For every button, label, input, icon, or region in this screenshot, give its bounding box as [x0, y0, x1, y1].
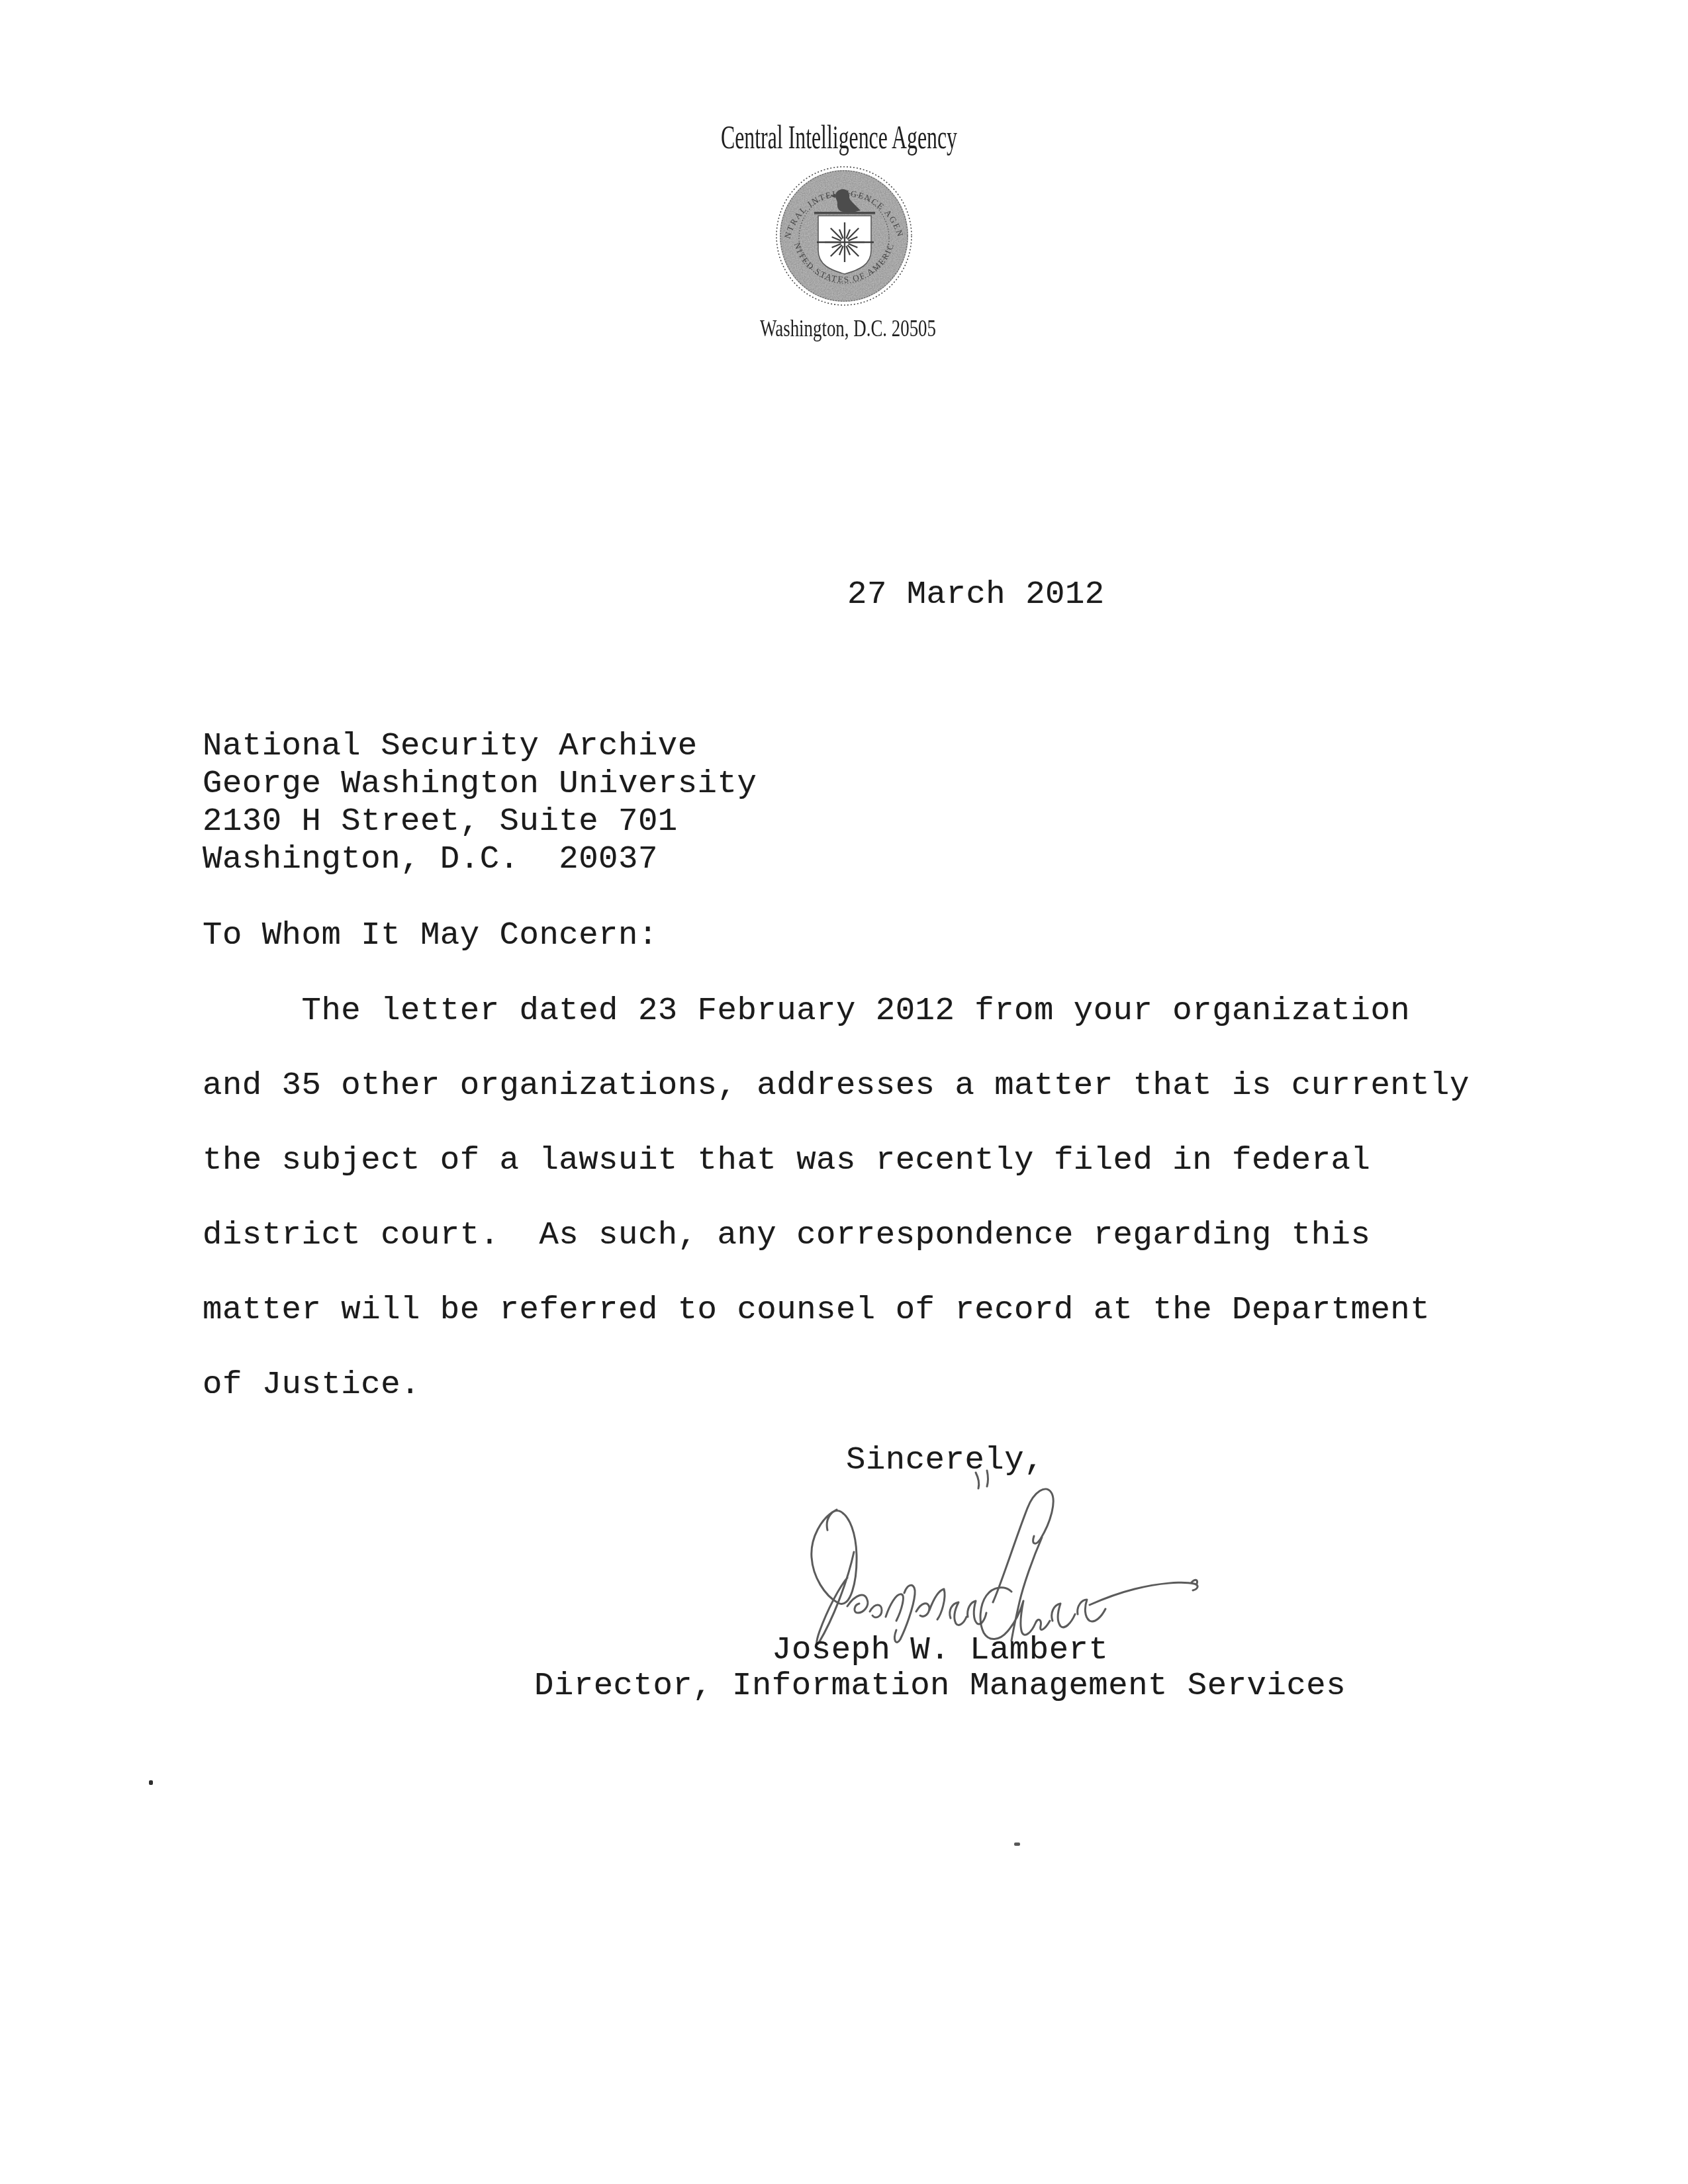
seal-scroll-bar	[814, 212, 875, 214]
letterhead-agency-name: Central Intelligence Agency	[718, 119, 960, 159]
body-line: matter will be referred to counsel of re…	[203, 1294, 1430, 1326]
signer-name-line: Joseph W. Lambert	[772, 1634, 1108, 1666]
recipient-line: 2130 H Street, Suite 701	[203, 805, 678, 838]
recipient-line: Washington, D.C. 20037	[203, 843, 658, 876]
letter-page: Central Intelligence Agency CENTRAL INTE…	[0, 0, 1688, 2184]
letterhead-location: Washington, D.C. 20505	[759, 312, 939, 343]
cia-seal-icon: CENTRAL INTELLIGENCE AGENCY UNITED STATE…	[774, 165, 914, 306]
recipient-line: George Washington University	[203, 768, 757, 800]
signature-autograph	[788, 1453, 1225, 1651]
body-line: of Justice.	[203, 1369, 420, 1401]
recipient-line: National Security Archive	[203, 730, 698, 762]
date-line: 27 March 2012	[847, 578, 1105, 611]
signer-title-line: Director, Information Management Service…	[534, 1670, 1346, 1702]
location-text: Washington, D.C. 20505	[760, 316, 936, 341]
body-line: and 35 other organizations, addresses a …	[203, 1069, 1470, 1102]
body-line: district court. As such, any corresponde…	[203, 1219, 1370, 1251]
scan-speck	[1014, 1843, 1020, 1846]
salutation-line: To Whom It May Concern:	[203, 919, 658, 952]
agency-name-text: Central Intelligence Agency	[721, 119, 957, 156]
body-line: The letter dated 23 February 2012 from y…	[203, 995, 1410, 1027]
body-line: the subject of a lawsuit that was recent…	[203, 1144, 1370, 1177]
scan-speck	[149, 1780, 153, 1785]
